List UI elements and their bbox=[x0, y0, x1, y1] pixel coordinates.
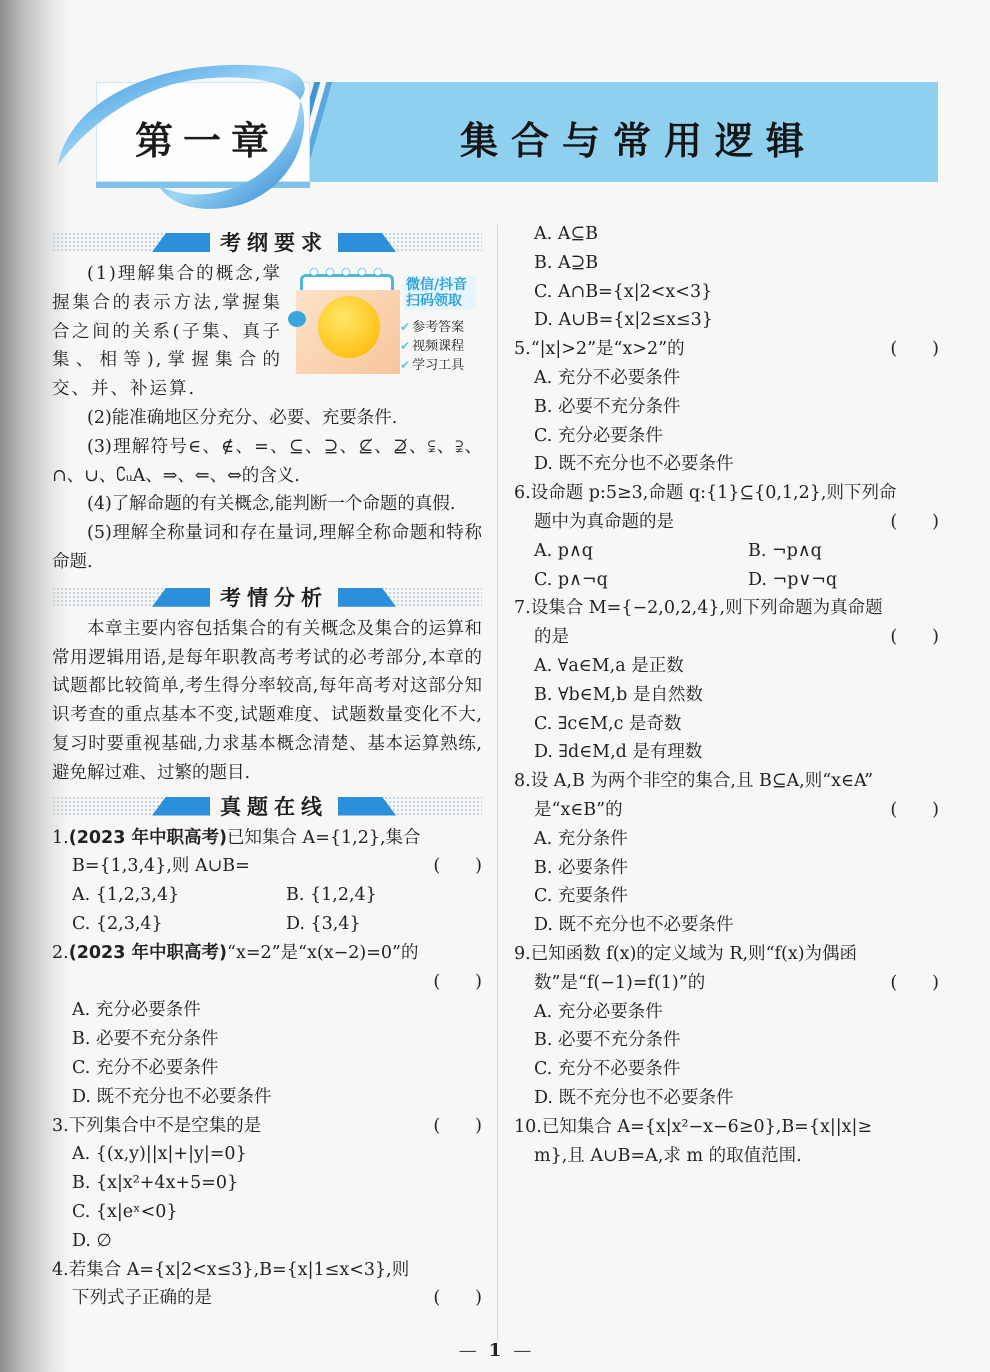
left-column: 考纲要求 (1)理解集合的概念,掌握集合的表示方法,掌握集合之间的关系(子集、真… bbox=[52, 228, 482, 1313]
chapter-banner: 第一章 集合与常用逻辑 bbox=[50, 55, 940, 215]
option-c[interactable]: C. p∧¬q bbox=[534, 566, 748, 595]
column-divider bbox=[497, 225, 498, 1340]
section-title: 真题在线 bbox=[210, 792, 338, 822]
question-10: 10.已知集合 A={x|x²−x−6≥0},B={x||x|≥ m},且 A∪… bbox=[514, 1113, 939, 1171]
promo-cta: 微信/抖音扫码领取 bbox=[404, 276, 476, 310]
option-d[interactable]: D. 既不充分也不必要条件 bbox=[514, 1084, 939, 1113]
section-header-analysis: 考情分析 bbox=[52, 583, 482, 613]
question-8: 8.设 A,B 为两个非空的集合,且 B⊆A,则“x∈A” 是“x∈B”的 ( … bbox=[514, 767, 939, 940]
question-source: (2023 年中职高考) bbox=[69, 828, 227, 848]
dash-right: — bbox=[513, 1340, 531, 1361]
question-2: 2.(2023 年中职高考)“x=2”是“x(x−2)=0”的 ( ) A. 充… bbox=[52, 939, 482, 1112]
option-d[interactable]: D. A∪B={x|2≤x≤3} bbox=[514, 306, 939, 335]
option-b[interactable]: B. 必要不充分条件 bbox=[514, 393, 939, 422]
option-c[interactable]: C. 充要条件 bbox=[514, 882, 939, 911]
requirement-item: (2)能准确地区分充分、必要、充要条件. bbox=[52, 404, 482, 433]
answer-blank[interactable]: ( ) bbox=[877, 508, 939, 537]
dash-left: — bbox=[459, 1340, 477, 1361]
option-c[interactable]: C. {2,3,4} bbox=[72, 910, 286, 939]
requirement-item: (3)理解符号∈、∉、=、⊆、⊇、⊈、⊉、⫋、⫌、∩、∪、∁ᵤA、⇒、⇐、⇔的含… bbox=[52, 433, 482, 491]
question-9: 9.已知函数 f(x)的定义域为 R,则“f(x)为偶函 数”是“f(−1)=f… bbox=[514, 940, 939, 1113]
option-d[interactable]: D. 既不充分也不必要条件 bbox=[514, 911, 939, 940]
option-a[interactable]: A. {(x,y)||x|+|y|=0} bbox=[52, 1140, 482, 1169]
option-c[interactable]: C. 充分不必要条件 bbox=[514, 1055, 939, 1084]
answer-blank[interactable]: ( ) bbox=[420, 1112, 482, 1141]
requirement-item: (4)了解命题的有关概念,能判断一个命题的真假. bbox=[52, 490, 482, 519]
perk-item: ✔视频课程 bbox=[400, 337, 486, 356]
section-header-exam: 真题在线 bbox=[52, 792, 482, 822]
chapter-number: 第一章 bbox=[135, 110, 295, 165]
option-c[interactable]: C. 充分不必要条件 bbox=[52, 1054, 482, 1083]
perk-item: ✔学习工具 bbox=[400, 356, 486, 375]
answer-blank[interactable]: ( ) bbox=[420, 852, 482, 881]
section-title: 考情分析 bbox=[210, 583, 338, 613]
question-stem-continued: m},且 A∪B=A,求 m 的取值范围. bbox=[514, 1142, 939, 1171]
answer-blank[interactable]: ( ) bbox=[877, 335, 939, 364]
question-4-options: A. A⊆B B. A⊇B C. A∩B={x|2<x<3} D. A∪B={x… bbox=[514, 220, 939, 335]
right-column: A. A⊆B B. A⊇B C. A∩B={x|2<x<3} D. A∪B={x… bbox=[514, 220, 939, 1170]
answer-blank[interactable]: ( ) bbox=[420, 968, 482, 997]
requirement-item: (5)理解全称量词和存在量词,理解全称命题和特称命题. bbox=[52, 519, 482, 577]
requirement-item: (1)理解集合的概念,掌握集合的表示方法,掌握集合之间的关系(子集、真子集、相等… bbox=[52, 260, 282, 404]
option-a[interactable]: A. p∧q bbox=[534, 537, 748, 566]
speech-bubble-icon bbox=[288, 311, 306, 327]
notebook-rings-icon bbox=[308, 266, 388, 278]
question-7: 7.设集合 M={−2,0,2,4},则下列命题为真命题 的是 ( ) A. ∀… bbox=[514, 594, 939, 767]
option-d[interactable]: D. 既不充分也不必要条件 bbox=[52, 1083, 482, 1112]
promo-perks: ✔参考答案 ✔视频课程 ✔学习工具 bbox=[400, 318, 486, 375]
option-a[interactable]: A. ∀a∈M,a 是正数 bbox=[514, 652, 939, 681]
answer-blank[interactable]: ( ) bbox=[877, 623, 939, 652]
requirements-block: (1)理解集合的概念,掌握集合的表示方法,掌握集合之间的关系(子集、真子集、相等… bbox=[52, 260, 482, 577]
option-d[interactable]: D. {3,4} bbox=[286, 910, 482, 939]
question-1: 1.(2023 年中职高考)已知集合 A={1,2},集合 B={1,3,4},… bbox=[52, 824, 482, 939]
question-5: 5.“|x|>2”是“x>2”的 ( ) A. 充分不必要条件 B. 必要不充分… bbox=[514, 335, 939, 479]
option-a[interactable]: A. A⊆B bbox=[514, 220, 939, 249]
option-b[interactable]: B. ¬p∧q bbox=[748, 537, 939, 566]
option-b[interactable]: B. 必要条件 bbox=[514, 854, 939, 883]
option-a[interactable]: A. 充分必要条件 bbox=[514, 998, 939, 1027]
options: A. {1,2,3,4} B. {1,2,4} C. {2,3,4} D. {3… bbox=[52, 881, 482, 939]
option-b[interactable]: B. 必要不充分条件 bbox=[52, 1025, 482, 1054]
section-header-requirements: 考纲要求 bbox=[52, 228, 482, 258]
section-title: 考纲要求 bbox=[210, 228, 338, 258]
question-source: (2023 年中职高考) bbox=[69, 943, 227, 963]
qr-promo[interactable]: 微信/抖音扫码领取 ✔参考答案 ✔视频课程 ✔学习工具 bbox=[296, 266, 482, 382]
perk-item: ✔参考答案 bbox=[400, 318, 486, 337]
option-b[interactable]: B. 必要不充分条件 bbox=[514, 1026, 939, 1055]
option-d[interactable]: D. ∅ bbox=[52, 1227, 482, 1256]
analysis-text: 本章主要内容包括集合的有关概念及集合的运算和常用逻辑用语,是每年职教高考考试的必… bbox=[52, 615, 482, 788]
answer-blank[interactable]: ( ) bbox=[877, 969, 939, 998]
option-a[interactable]: A. 充分必要条件 bbox=[52, 996, 482, 1025]
answer-blank[interactable]: ( ) bbox=[420, 1284, 482, 1313]
check-icon: ✔ bbox=[400, 358, 410, 372]
question-3: 3.下列集合中不是空集的是 ( ) A. {(x,y)||x|+|y|=0} B… bbox=[52, 1112, 482, 1256]
option-a[interactable]: A. 充分条件 bbox=[514, 825, 939, 854]
option-c[interactable]: C. A∩B={x|2<x<3} bbox=[514, 278, 939, 307]
option-b[interactable]: B. A⊇B bbox=[514, 249, 939, 278]
question-4: 4.若集合 A={x|2<x≤3},B={x|1≤x<3},则 下列式子正确的是… bbox=[52, 1256, 482, 1314]
check-icon: ✔ bbox=[400, 339, 410, 353]
options: A. p∧q B. ¬p∧q C. p∧¬q D. ¬p∨¬q bbox=[514, 537, 939, 595]
option-d[interactable]: D. ∃d∈M,d 是有理数 bbox=[514, 738, 939, 767]
option-d[interactable]: D. ¬p∨¬q bbox=[748, 566, 939, 595]
option-c[interactable]: C. {x|eˣ<0} bbox=[52, 1198, 482, 1227]
option-c[interactable]: C. ∃c∈M,c 是奇数 bbox=[514, 710, 939, 739]
question-6: 6.设命题 p:5≥3,命题 q:{1}⊆{0,1,2},则下列命 题中为真命题… bbox=[514, 479, 939, 594]
answer-blank[interactable]: ( ) bbox=[877, 796, 939, 825]
option-a[interactable]: A. 充分不必要条件 bbox=[514, 364, 939, 393]
option-b[interactable]: B. {1,2,4} bbox=[286, 881, 482, 910]
smiley-face-icon bbox=[318, 296, 380, 358]
option-c[interactable]: C. 充分必要条件 bbox=[514, 422, 939, 451]
chapter-title: 集合与常用逻辑 bbox=[460, 110, 817, 165]
check-icon: ✔ bbox=[400, 320, 410, 334]
option-a[interactable]: A. {1,2,3,4} bbox=[72, 881, 286, 910]
option-d[interactable]: D. 既不充分也不必要条件 bbox=[514, 450, 939, 479]
option-b[interactable]: B. {x|x²+4x+5=0} bbox=[52, 1169, 482, 1198]
option-b[interactable]: B. ∀b∈M,b 是自然数 bbox=[514, 681, 939, 710]
page-number: —1— bbox=[0, 1340, 990, 1361]
